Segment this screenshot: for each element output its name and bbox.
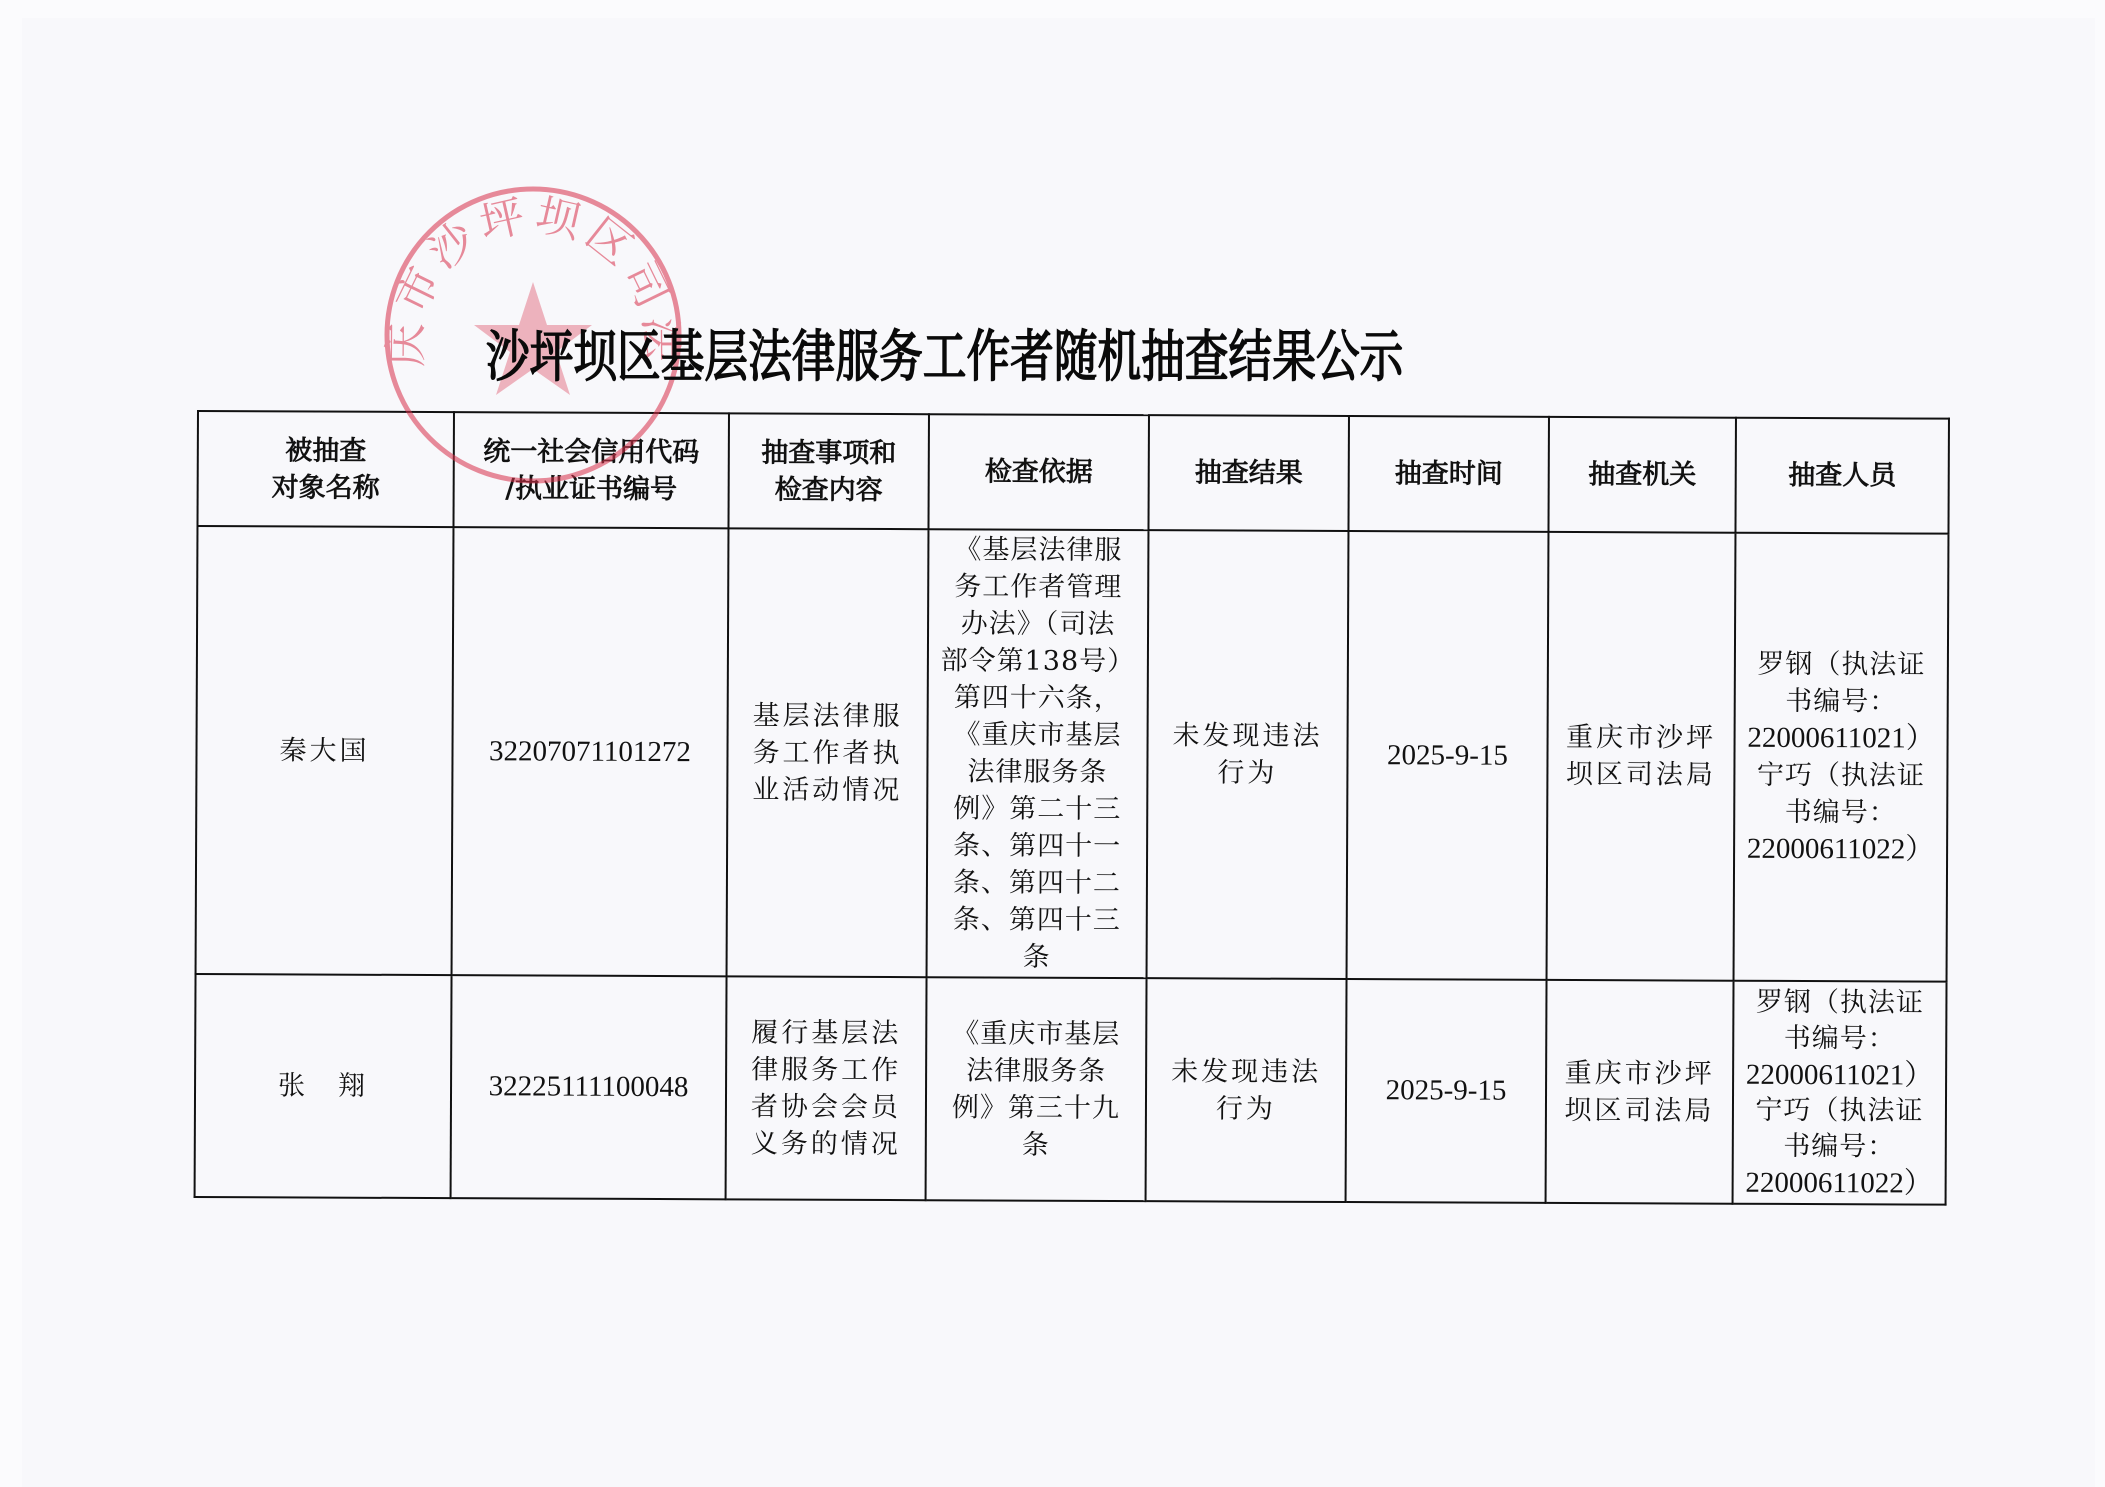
table-header-row: 被抽查对象名称 统一社会信用代码/执业证书编号 抽查事项和检查内容 检查依据 抽…	[197, 411, 1948, 534]
cell-authority: 重庆市沙坪坝区司法局	[1546, 980, 1734, 1204]
cell-name: 秦大国	[196, 526, 454, 975]
cell-name: 张 翔	[195, 974, 452, 1198]
cell-basis: 《基层法律服务工作者管理办法》（司法 部令第138号）第四十六条，《重庆市基层 …	[927, 529, 1149, 978]
cell-credit-code: 32225111100048	[451, 975, 727, 1199]
cell-date: 2025-9-15	[1347, 531, 1549, 980]
cell-basis: 《重庆市基层法律服务条例》第三十九条	[926, 977, 1147, 1201]
col-header-credit-code: 统一社会信用代码/执业证书编号	[453, 412, 728, 528]
col-header-inspection-item: 抽查事项和检查内容	[728, 413, 928, 529]
inspection-results-table: 被抽查对象名称 统一社会信用代码/执业证书编号 抽查事项和检查内容 检查依据 抽…	[194, 410, 1950, 1206]
cell-credit-code: 32207071101272	[452, 527, 729, 976]
cell-result: 未发现违法行为	[1147, 530, 1349, 979]
page-title: 沙坪坝区基层法律服务工作者随机抽查结果公示	[486, 322, 1406, 394]
cell-result: 未发现违法行为	[1146, 978, 1347, 1202]
col-header-basis: 检查依据	[928, 414, 1148, 530]
table-row: 秦大国 32207071101272 基层法律服务工作者执业活动情况 《基层法律…	[196, 526, 1949, 982]
cell-inspectors: 罗钢（执法证书编号：22000611021） 宁巧（执法证书编号：2200061…	[1733, 981, 1947, 1205]
cell-inspectors: 罗钢（执法证书编号：22000611021） 宁巧（执法证书编号：2200061…	[1734, 533, 1949, 982]
table-row: 张 翔 32225111100048 履行基层法律服务工作者协会会员义务的情况 …	[195, 974, 1947, 1205]
col-header-date: 抽查时间	[1348, 416, 1548, 532]
cell-date: 2025-9-15	[1346, 979, 1547, 1203]
col-header-authority: 抽查机关	[1548, 417, 1736, 533]
cell-authority: 重庆市沙坪坝区司法局	[1547, 532, 1736, 981]
cell-inspection-item: 基层法律服务工作者执业活动情况	[727, 528, 929, 977]
col-header-result: 抽查结果	[1148, 415, 1348, 531]
cell-inspection-item: 履行基层法律服务工作者协会会员义务的情况	[726, 976, 927, 1200]
col-header-name: 被抽查对象名称	[197, 411, 453, 527]
col-header-inspectors: 抽查人员	[1735, 418, 1948, 534]
